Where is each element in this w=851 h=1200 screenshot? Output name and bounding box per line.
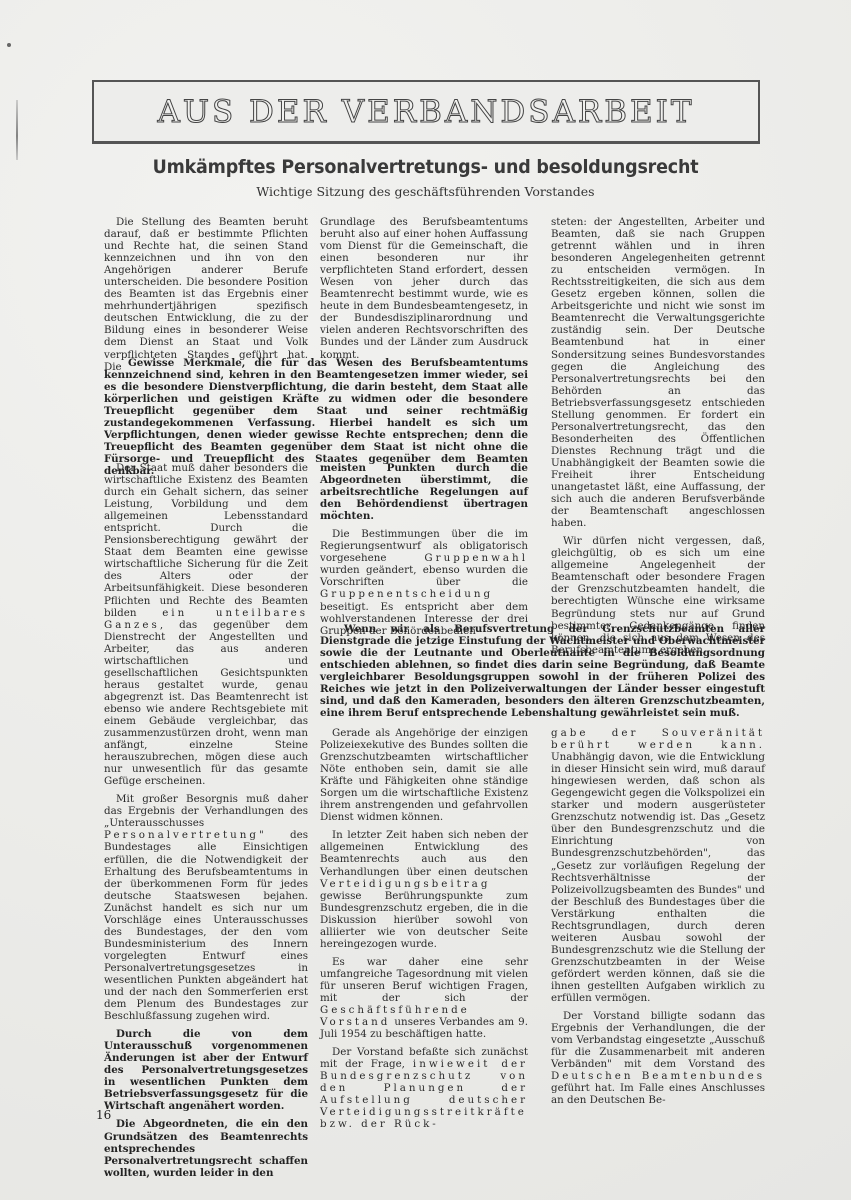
paragraph: Mit großer Besorgnis muß daher das Ergeb… [104, 793, 308, 1022]
paragraph: Durch die von dem Unterausschuß vorgenom… [104, 1028, 308, 1112]
section-title: AUS DER VERBANDSARBEIT [157, 94, 694, 130]
paragraph: meisten Punkten durch die Abgeordneten ü… [320, 462, 528, 522]
section-banner: AUS DER VERBANDSARBEIT [92, 80, 760, 144]
paragraph: Gerade als Angehörige der einzigen Poliz… [320, 727, 528, 823]
paragraph: In letzter Zeit haben sich neben der all… [320, 829, 528, 949]
column-2-middle: meisten Punkten durch die Abgeordneten ü… [320, 462, 528, 643]
column-1: Der Staat muß daher besonders die wirtsc… [104, 462, 308, 1185]
paragraph: steten: der Angestellten, Arbeiter und B… [551, 216, 765, 529]
intro-column-1: Die Stellung des Beamten beruht darauf, … [104, 216, 308, 379]
paragraph: Wenn wir als Berufsvertretung der Grenzs… [320, 623, 765, 719]
paragraph: Die Abgeordneten, die ein den Grundsätze… [104, 1118, 308, 1178]
paragraph: Es war daher eine sehr umfangreiche Tage… [320, 956, 528, 1040]
paragraph: Die Bestimmungen über die im Regierungse… [320, 528, 528, 636]
paragraph: Der Staat muß daher besonders die wirtsc… [104, 462, 308, 787]
intro-column-2: Grundlage des Berufsbeamtentums beruht a… [320, 216, 528, 367]
paragraph: gabe der Souveränität berührt werden kan… [551, 727, 765, 1004]
paragraph: Der Vorstand befaßte sich zunächst mit d… [320, 1046, 528, 1130]
article-subheadline: Wichtige Sitzung des geschäftsführenden … [0, 184, 851, 199]
bold-block-2: Wenn wir als Berufsvertretung der Grenzs… [320, 623, 765, 719]
column-3-bottom: gabe der Souveränität berührt werden kan… [551, 727, 765, 1112]
paragraph: Der Vorstand billigte sodann das Ergebni… [551, 1010, 765, 1106]
page-number: 16 [96, 1108, 111, 1122]
paragraph: Gewisse Merkmale, die für das Wesen des … [104, 357, 528, 477]
paragraph: Grundlage des Berufsbeamtentums beruht a… [320, 216, 528, 361]
margin-mark [16, 100, 18, 160]
article-headline: Umkämpftes Personalvertretungs- und beso… [34, 156, 817, 178]
column-3-top: steten: der Angestellten, Arbeiter und B… [551, 216, 765, 662]
column-2-bottom: Gerade als Angehörige der einzigen Poliz… [320, 727, 528, 1137]
paragraph: Die Stellung des Beamten beruht darauf, … [104, 216, 308, 373]
margin-mark [7, 43, 11, 47]
bold-block-1: Gewisse Merkmale, die für das Wesen des … [104, 357, 528, 477]
scanned-page: AUS DER VERBANDSARBEIT Umkämpftes Person… [0, 0, 851, 1200]
